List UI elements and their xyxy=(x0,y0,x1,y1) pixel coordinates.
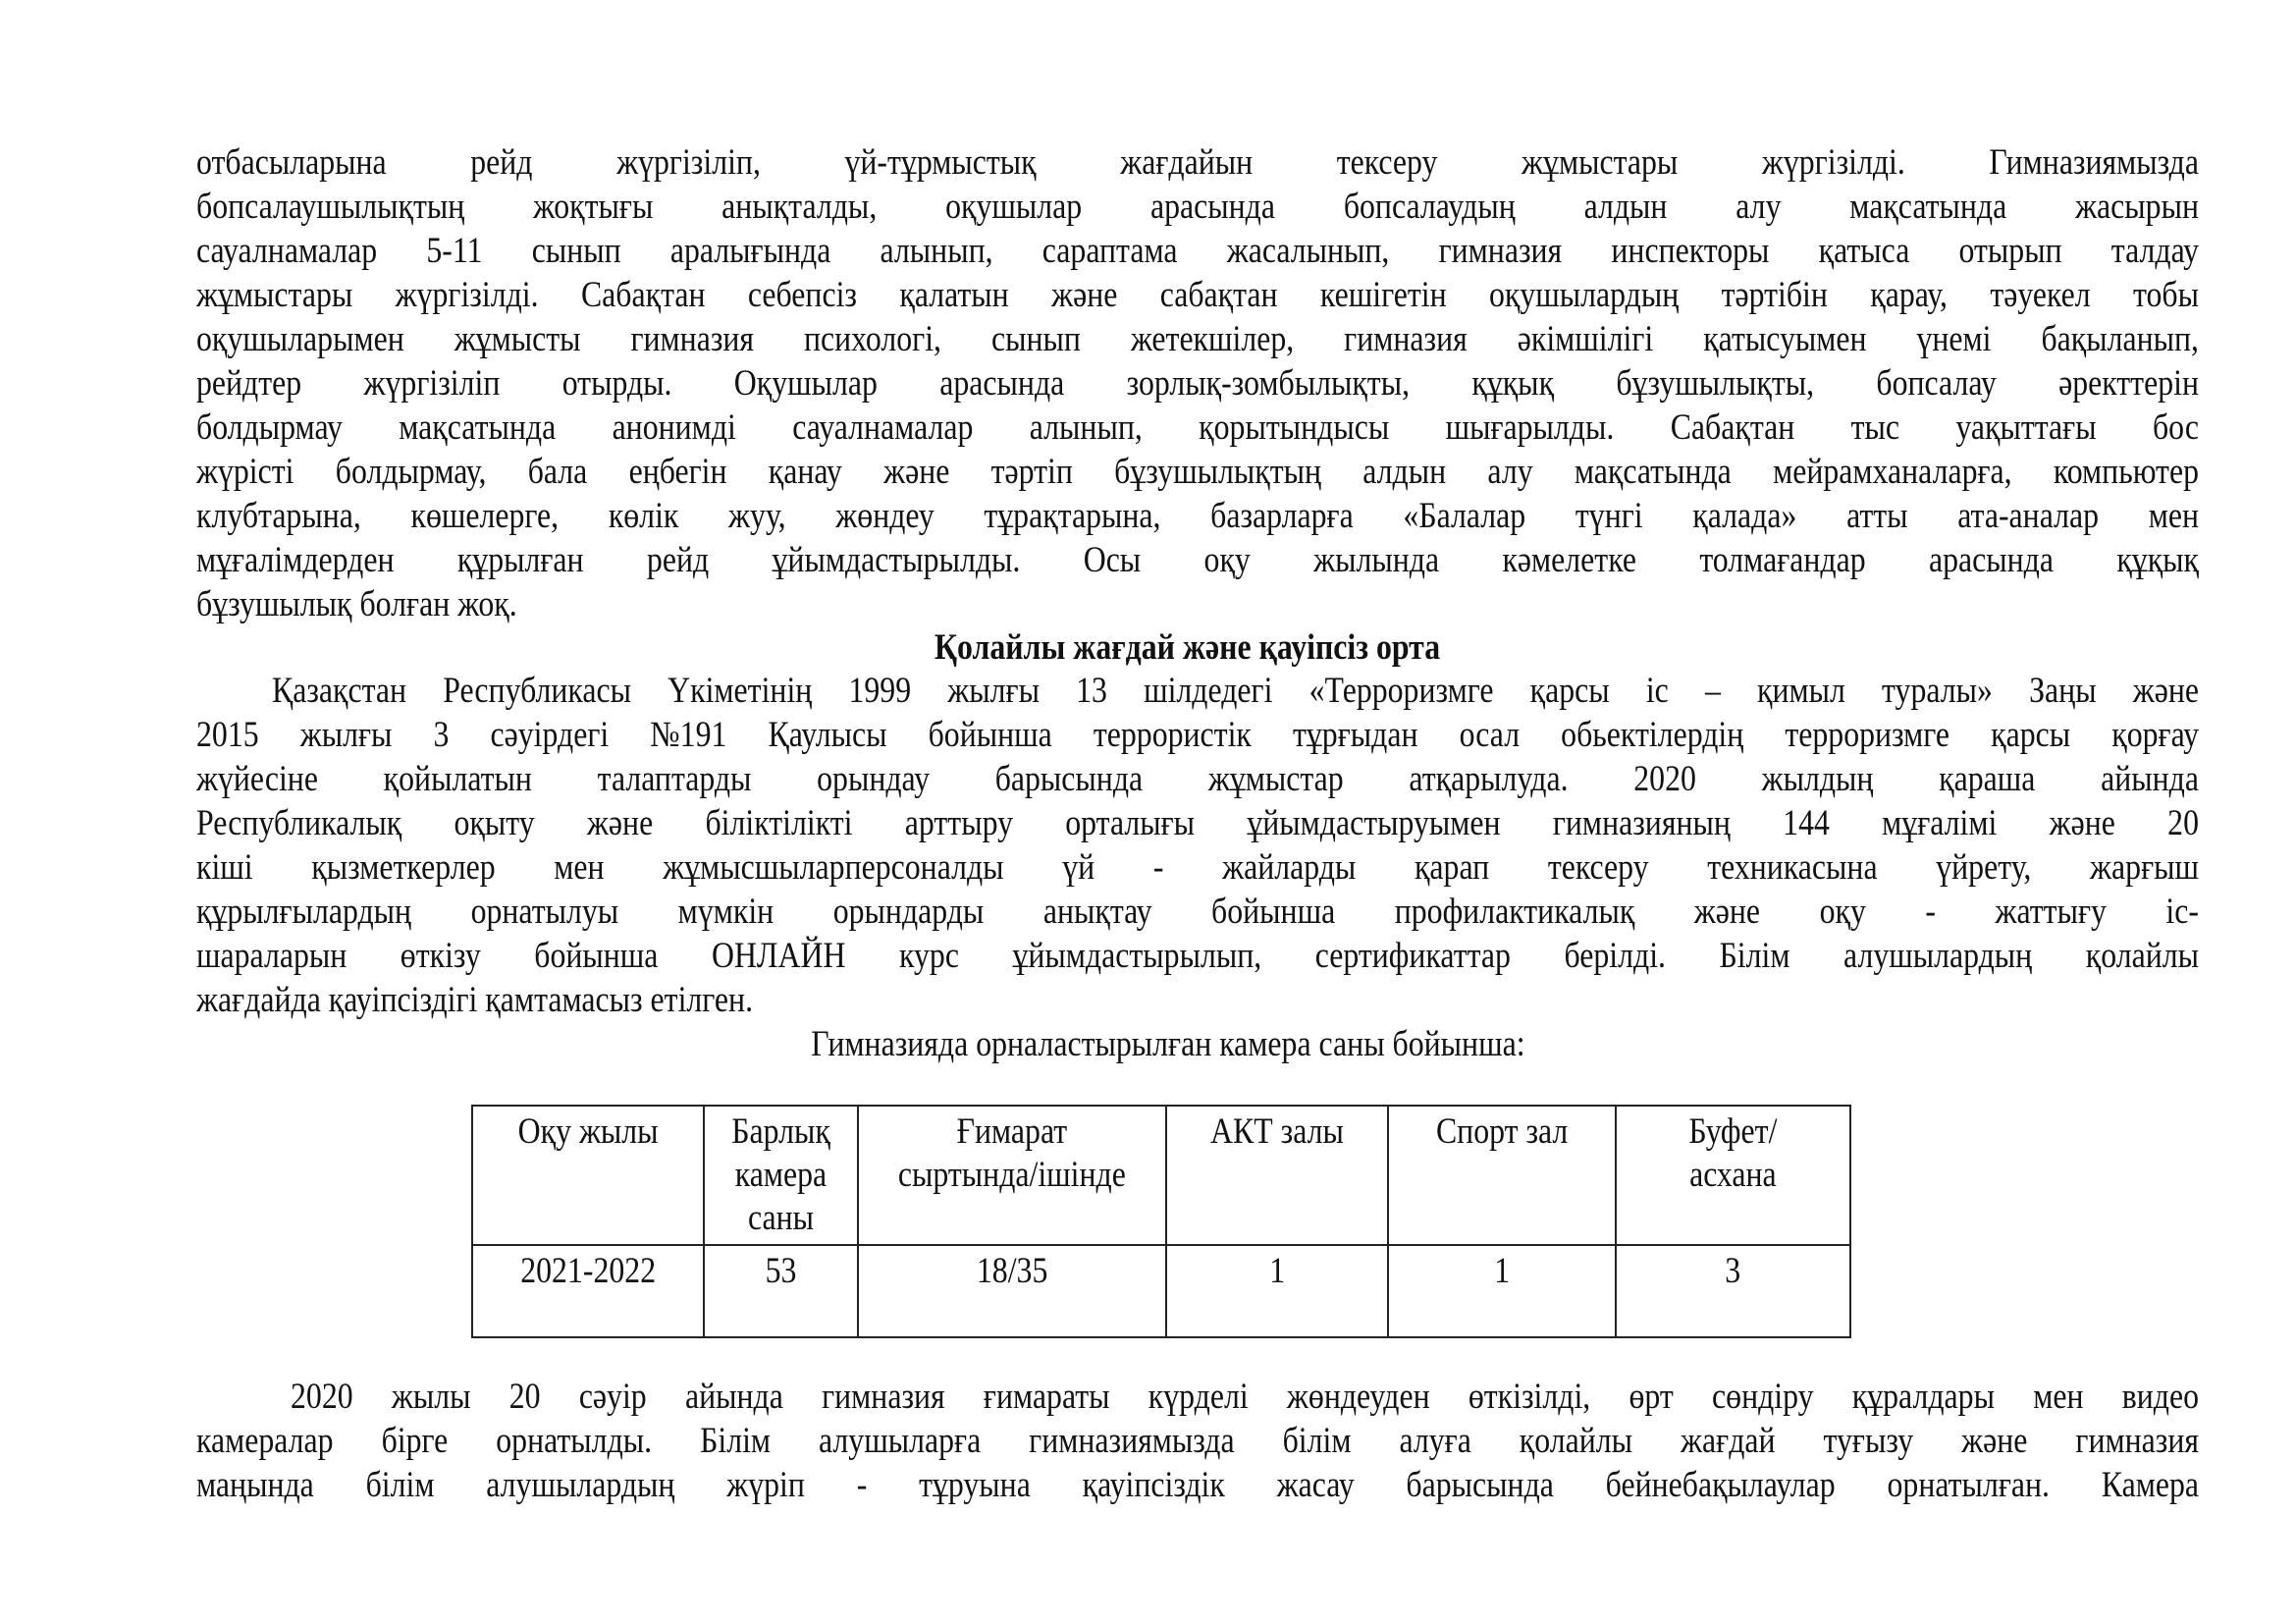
table-row: 2021-2022 53 18/35 1 1 3 xyxy=(472,1245,1850,1337)
paragraph-line: 2020 жылы 20 сәуір айында гимназия ғимар… xyxy=(291,1375,2199,1420)
header-text: АКТ залы xyxy=(1210,1110,1344,1154)
cell-assembly-hall: 1 xyxy=(1166,1245,1388,1337)
paragraph-line: бопсалаушылықтың жоқтығы анықталды, оқуш… xyxy=(196,185,2199,230)
header-cell-total-cameras: Барлықкамерасаны xyxy=(704,1106,858,1245)
cell-canteen: 3 xyxy=(1616,1245,1850,1337)
table-caption: Гимназияда орналастырылған камера саны б… xyxy=(20,1022,2296,1067)
table-header-row: Оқу жылы Барлықкамерасаны Ғимаратсыртынд… xyxy=(472,1106,1850,1245)
header-cell-canteen: Буфет/асхана xyxy=(1616,1106,1850,1245)
paragraph-line: отбасыларына рейд жүргізіліп, үй-тұрмыст… xyxy=(196,140,2199,186)
paragraph-line: сауалнамалар 5-11 сынып аралығында алыны… xyxy=(196,229,2199,274)
paragraph-line: клубтарына, көшелерге, көлік жуу, жөндеу… xyxy=(196,494,2199,539)
header-cell-outside-inside: Ғимаратсыртында/ішінде xyxy=(858,1106,1166,1245)
paragraph-line: маңында білім алушылардың жүріп - тұруын… xyxy=(196,1463,2199,1508)
paragraph-line: камералар бірге орнатылды. Білім алушыла… xyxy=(196,1419,2199,1464)
paragraph-line: жүйесіне қойылатын талаптарды орындау ба… xyxy=(196,757,2199,802)
document-page: отбасыларына рейд жүргізіліп, үй-тұрмыст… xyxy=(0,0,2296,1624)
paragraph-line: жағдайда қауіпсіздігі қамтамасыз етілген… xyxy=(196,978,2199,1023)
section-heading: Қолайлы жағдай және қауіпсіз орта xyxy=(39,625,2296,671)
cell-total-cameras: 53 xyxy=(704,1245,858,1337)
paragraph-line: жұмыстары жүргізілді. Сабақтан себепсіз … xyxy=(196,273,2199,318)
paragraph-line: шараларын өткізу бойынша ОНЛАЙН курс ұйы… xyxy=(196,934,2199,979)
paragraph-line: құрылғылардың орнатылуы мүмкін орындарды… xyxy=(196,890,2199,935)
header-text: Барлықкамерасаны xyxy=(731,1110,830,1240)
paragraph-line: Қазақстан Республикасы Үкіметінің 1999 ж… xyxy=(272,669,2199,714)
header-text: Ғимаратсыртында/ішінде xyxy=(898,1110,1126,1197)
header-cell-sport-hall: Спорт зал xyxy=(1388,1106,1616,1245)
header-cell-assembly-hall: АКТ залы xyxy=(1166,1106,1388,1245)
cell-academic-year: 2021-2022 xyxy=(472,1245,704,1337)
paragraph-line: Республикалық оқыту және біліктілікті ар… xyxy=(196,801,2199,846)
header-text: Спорт зал xyxy=(1436,1110,1568,1154)
paragraph-line: жүрісті болдырмау, бала еңбегін қанау жә… xyxy=(196,450,2199,495)
header-text: Оқу жылы xyxy=(518,1110,659,1154)
paragraph-line: оқушыларымен жұмысты гимназия психологі,… xyxy=(196,317,2199,362)
cell-outside-inside: 18/35 xyxy=(858,1245,1166,1337)
paragraph-line: болдырмау мақсатында анонимді сауалнамал… xyxy=(196,406,2199,451)
paragraph-line: рейдтер жүргізіліп отырды. Оқушылар арас… xyxy=(196,361,2199,406)
cell-sport-hall: 1 xyxy=(1388,1245,1616,1337)
header-text: Буфет/асхана xyxy=(1688,1110,1777,1197)
paragraph-line: бұзушылық болған жоқ. xyxy=(196,582,2199,627)
paragraph-line: кіші қызметкерлер мен жұмысшыларперсонал… xyxy=(196,845,2199,891)
paragraph-line: 2015 жылғы 3 сәуірдегі №191 Қаулысы бойы… xyxy=(196,713,2199,758)
paragraph-line: мұғалімдерден құрылған рейд ұйымдастырыл… xyxy=(196,538,2199,583)
header-cell-academic-year: Оқу жылы xyxy=(472,1106,704,1245)
camera-count-table: Оқу жылы Барлықкамерасаны Ғимаратсыртынд… xyxy=(471,1105,1851,1338)
